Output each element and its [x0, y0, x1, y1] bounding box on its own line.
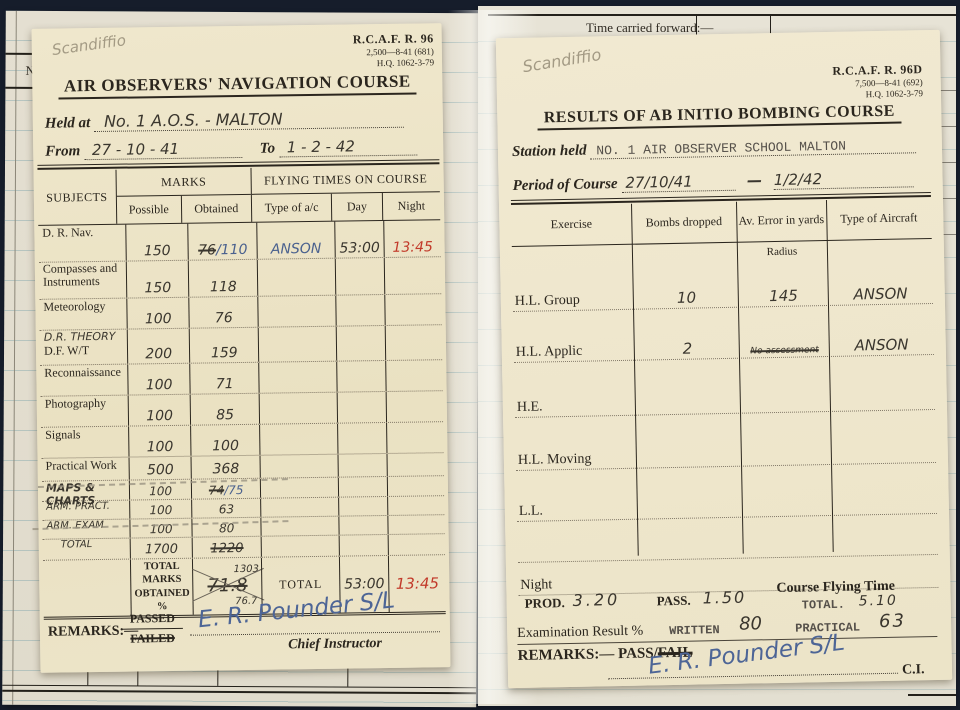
- period-from-value: 27/10/41: [621, 172, 735, 193]
- subject-label: Photography: [45, 396, 107, 412]
- from-to-line: From 27 - 10 - 41 To 1 - 2 - 42: [45, 136, 431, 160]
- col-night: Night: [381, 192, 440, 220]
- possible-mark: 100: [147, 439, 174, 455]
- form-ref-number: R.C.A.F. R. 96: [353, 31, 434, 47]
- marks-table: SUBJECTS MARKS Possible Obtained FLYING …: [38, 165, 446, 620]
- held-at-label: Held at: [45, 115, 91, 132]
- obtained-mark-struck: 74: [209, 483, 224, 497]
- subject-label: Compasses and Instruments: [43, 262, 126, 290]
- marks-table-header: SUBJECTS MARKS Possible Obtained FLYING …: [38, 165, 441, 226]
- pass-fail-block: PASSED FAILED: [122, 611, 184, 647]
- col-bombs-dropped: Bombs dropped: [631, 202, 737, 244]
- error-value: 145: [769, 287, 798, 306]
- period-label: Period of Course: [512, 176, 617, 194]
- ci-label: C.I.: [902, 662, 925, 678]
- examination-result-label: Examination Result %: [517, 624, 643, 642]
- obtained-mark: /75: [224, 483, 244, 497]
- ledger-margin-line: [12, 11, 17, 705]
- ledger-bottom-rule: [2, 690, 476, 694]
- form-hq-number: H.Q. 1062-3-79: [833, 88, 923, 101]
- prod-label: PROD.: [525, 595, 565, 612]
- navigation-course-form: Scandiffio R.C.A.F. R. 96 2,500—8-41 (68…: [32, 23, 451, 673]
- col-day: Day: [331, 193, 382, 221]
- table-row: H.L. Group 10 145 ANSON: [512, 259, 933, 312]
- subject-handwritten: TOTAL: [47, 539, 93, 551]
- form-title: AIR OBSERVERS' NAVIGATION COURSE: [32, 71, 442, 97]
- failed-word-struck: FAILED: [122, 629, 183, 647]
- table-row: H.L. Moving: [515, 410, 936, 471]
- total-marks-label: TOTAL MARKS OBTAINED %: [131, 560, 193, 613]
- table-row: D. R. Nav. 150 76/110 ANSON 53:00 13:45: [38, 220, 440, 263]
- possible-mark: 100: [149, 484, 172, 498]
- possible-mark: 1700: [145, 542, 178, 557]
- total-corrected-value: 1303: [233, 564, 261, 575]
- station-held-line: Station held NO. 1 AIR OBSERVER SCHOOL M…: [512, 136, 928, 161]
- subject-label: D. R. Nav.: [42, 225, 93, 241]
- exercise-label: H.E.: [517, 399, 543, 415]
- written-label: WRITTEN: [669, 623, 720, 638]
- ledger-bottom-rule: [908, 694, 956, 696]
- station-held-value: NO. 1 AIR OBSERVER SCHOOL MALTON: [590, 137, 916, 159]
- obtained-mark: 100: [212, 438, 239, 454]
- pass-value: 1.50: [702, 588, 746, 608]
- station-held-label: Station held: [512, 143, 587, 160]
- col-type-of-aircraft: Type of Aircraft: [826, 198, 932, 240]
- course-flying-time-total-label: TOTAL.: [802, 598, 845, 613]
- exercise-label: H.L. Group: [515, 293, 580, 310]
- subject-handwritten-note: D.R. THEORY: [44, 330, 116, 344]
- held-at-line: Held at No. 1 A.O.S. - MALTON: [45, 107, 431, 132]
- night-hours: 13:45: [392, 239, 433, 256]
- subject-label: Signals: [45, 427, 81, 442]
- possible-mark: 100: [146, 377, 173, 393]
- subject-handwritten: ARM. PRACT.: [46, 501, 110, 513]
- subject-label: Practical Work: [46, 458, 117, 474]
- written-value: 80: [739, 613, 762, 634]
- obtained-mark: 118: [210, 279, 237, 295]
- exercise-label: H.L. Moving: [518, 452, 592, 469]
- course-flying-time-total-value: 5.10: [859, 593, 898, 610]
- obtained-mark-struck: 76: [198, 242, 216, 258]
- obtained-mark: /110: [216, 242, 248, 258]
- marks-group-label: MARKS: [116, 168, 250, 197]
- from-label: From: [45, 143, 80, 159]
- pencil-signature: Scandiffio: [521, 45, 602, 76]
- to-value: 1 - 2 - 42: [279, 137, 417, 158]
- from-value: 27 - 10 - 41: [84, 139, 242, 160]
- aircraft-type: ANSON: [853, 284, 907, 303]
- ledger-bottom-rule: [2, 685, 476, 688]
- form-reference-block: R.C.A.F. R. 96 2,500—8-41 (681) H.Q. 106…: [353, 31, 434, 70]
- col-possible: Possible: [117, 196, 181, 224]
- period-of-course-line: Period of Course 27/10/41 — 1/2/42: [512, 168, 928, 195]
- form-title: RESULTS OF AB INITIO BOMBING COURSE: [497, 102, 941, 129]
- obtained-mark-struck: 1220: [210, 541, 243, 556]
- obtained-mark: 63: [219, 502, 234, 516]
- subject-label: D.F. W/T: [44, 343, 89, 359]
- signature-line: [190, 631, 440, 635]
- flying-times-group-label: FLYING TIMES ON COURSE: [251, 165, 439, 195]
- table-row: D.R. THEORYD.F. W/T 200 159: [40, 325, 442, 366]
- possible-mark: 200: [145, 346, 172, 362]
- bombing-course-form: Scandiffio R.C.A.F. R. 96D 7,500—8-41 (6…: [496, 30, 952, 688]
- pencil-signature: Scandiffio: [51, 31, 127, 59]
- pass-label: PASS.: [656, 593, 690, 610]
- possible-mark: 500: [147, 462, 174, 478]
- possible-mark: 100: [149, 503, 172, 517]
- col-subjects: SUBJECTS: [38, 170, 117, 225]
- table-row: L.L.: [516, 463, 937, 522]
- remarks-label: REMARKS:—: [518, 646, 615, 664]
- col-group-marks: MARKS Possible Obtained: [115, 168, 251, 224]
- held-at-value: No. 1 A.O.S. - MALTON: [94, 108, 404, 132]
- form-reference-block: R.C.A.F. R. 96D 7,500—8-41 (692) H.Q. 10…: [832, 62, 923, 101]
- table-row: H.L. Applic 2 No assessment ANSON: [513, 304, 934, 363]
- obtained-mark: 76: [215, 310, 233, 326]
- radius-label: Radius: [737, 241, 827, 263]
- col-obtained: Obtained: [180, 195, 251, 223]
- form-ref-number: R.C.A.F. R. 96D: [832, 62, 922, 79]
- obtained-mark: 71: [216, 376, 234, 392]
- error-struck-note: No assessment: [750, 345, 819, 356]
- obtained-mark: 85: [216, 407, 234, 423]
- possible-mark: 150: [144, 280, 171, 296]
- possible-mark: 100: [146, 408, 173, 424]
- form-hq-number: H.Q. 1062-3-79: [353, 58, 434, 70]
- col-group-flying-times: FLYING TIMES ON COURSE Type of a/c Day N…: [250, 165, 440, 222]
- aircraft-type: ANSON: [271, 241, 322, 258]
- subject-label: Reconnaissance: [44, 365, 121, 381]
- table-row: Compasses and Instruments 150 118: [39, 257, 441, 300]
- exercise-label: Night: [520, 577, 552, 594]
- table-row: H.E.: [514, 355, 935, 418]
- prod-value: 3.20: [572, 590, 620, 610]
- practical-value: 63: [879, 611, 906, 633]
- possible-mark: 100: [145, 311, 172, 327]
- total-night-hours: 13:45: [396, 574, 439, 593]
- period-dash: —: [739, 171, 770, 190]
- col-type-of-ac: Type of a/c: [252, 194, 332, 222]
- possible-mark: 150: [144, 243, 171, 259]
- aircraft-type: ANSON: [854, 335, 908, 354]
- to-label: To: [260, 141, 276, 157]
- obtained-mark: 368: [212, 461, 239, 477]
- chief-instructor-role: Chief Instructor: [288, 636, 382, 653]
- period-to-value: 1/2/42: [774, 168, 914, 190]
- col-av-error: Av. Error in yards: [736, 200, 827, 242]
- ledger-top-rule: [488, 14, 956, 16]
- exercise-label: L.L.: [519, 504, 543, 520]
- col-exercise: Exercise: [511, 204, 632, 246]
- subject-label: Meteorology: [43, 299, 105, 315]
- bombs-dropped-value: 10: [677, 289, 696, 307]
- obtained-mark: 159: [211, 345, 238, 361]
- bombs-dropped-value: 2: [683, 340, 693, 358]
- total-row-label: TOTAL: [279, 577, 322, 593]
- bombing-results-table: Exercise Bombs dropped Av. Error in yard…: [511, 198, 938, 596]
- exercise-label: H.L. Applic: [516, 344, 583, 361]
- day-hours: 53:00: [339, 240, 380, 257]
- passed-word: PASSED: [122, 611, 183, 630]
